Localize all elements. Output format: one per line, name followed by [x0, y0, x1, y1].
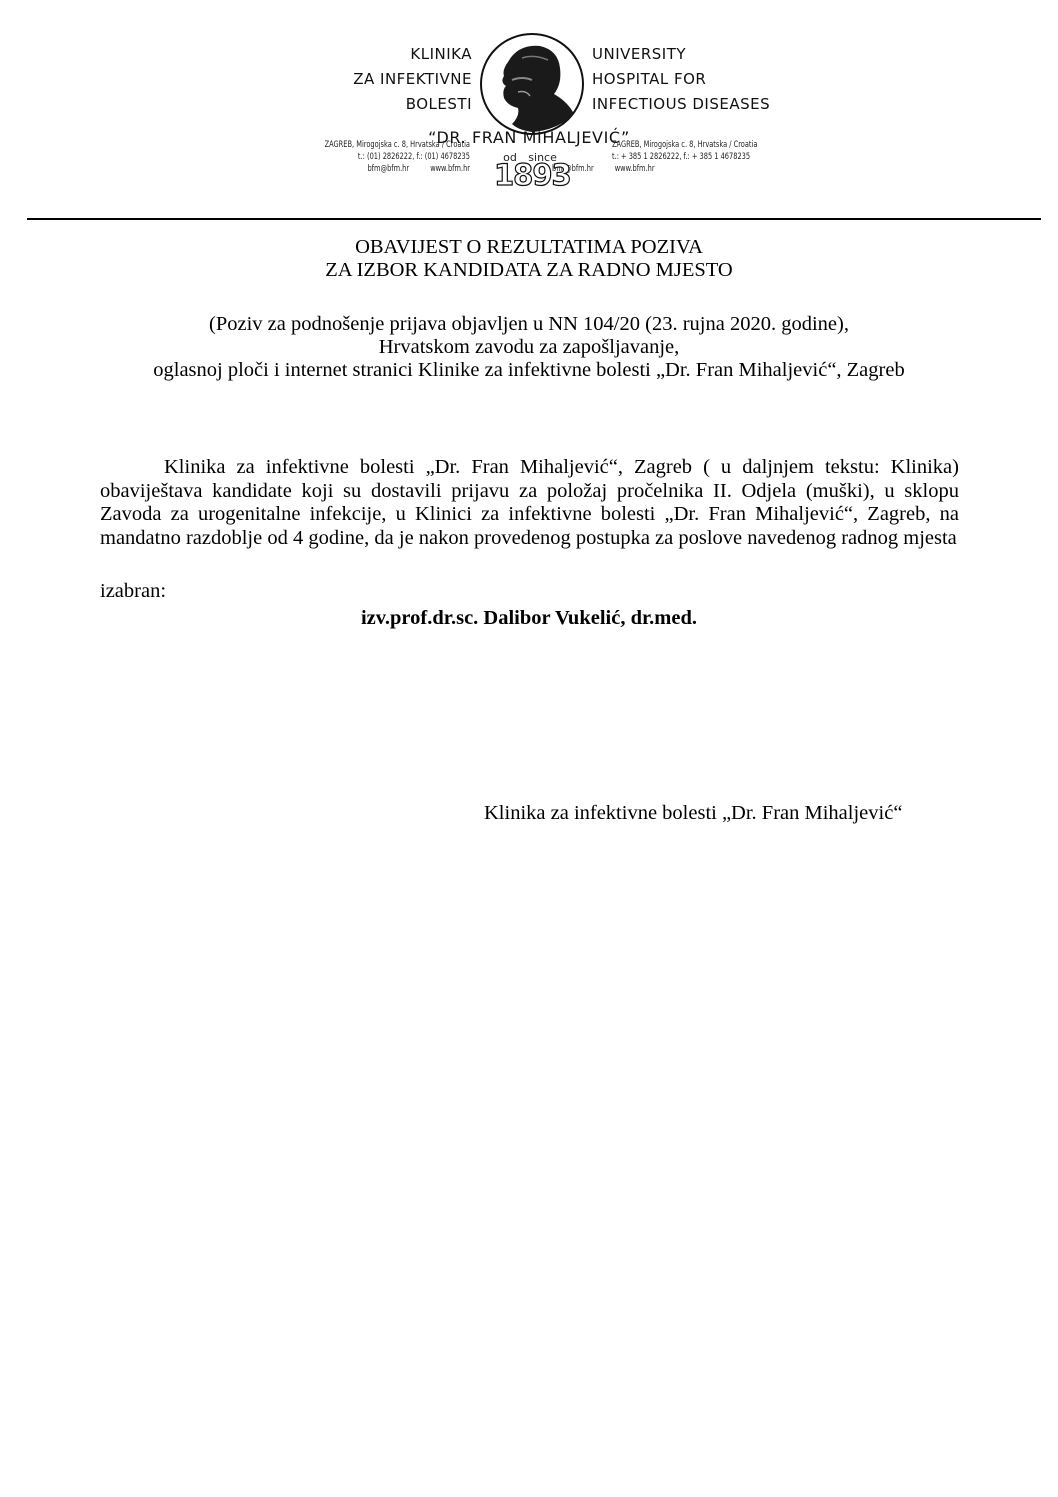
letterhead-croatian-name: KLINIKA ZA INFEKTIVNE BOLESTI [300, 42, 472, 117]
web-left: www.bfm.hr [430, 164, 470, 174]
document-subtitle: (Poziv za podnošenje prijava objavljen u… [0, 313, 1058, 382]
signature-block: Klinika za infektivne bolesti „Dr. Fran … [484, 802, 902, 825]
subtitle-line: (Poziv za podnošenje prijava objavljen u… [0, 313, 1058, 336]
body-paragraph: Klinika za infektivne bolesti „Dr. Fran … [100, 456, 959, 550]
email-left: bfm@bfm.hr [367, 164, 409, 174]
letterhead-left-line: ZA INFEKTIVNE [300, 67, 472, 92]
body-paragraph-text: Klinika za infektivne bolesti „Dr. Fran … [100, 456, 959, 550]
chosen-label: izabran: [100, 580, 166, 603]
phone-right: t.: + 385 1 2826222, f.: + 385 1 4678235 [612, 151, 815, 163]
header-divider [27, 218, 1041, 220]
title-line: ZA IZBOR KANDIDATA ZA RADNO MJESTO [0, 259, 1058, 282]
document-title: OBAVIJEST O REZULTATIMA POZIVA ZA IZBOR … [0, 236, 1058, 282]
subtitle-line: Hrvatskom zavodu za zapošljavanje, [0, 336, 1058, 359]
subtitle-line: oglasnoj ploči i internet stranici Klini… [0, 359, 1058, 382]
contacts-left: bfm@bfm.hr www.bfm.hr [302, 163, 470, 175]
letterhead-english-name: UNIVERSITY HOSPITAL FOR INFECTIOUS DISEA… [592, 42, 812, 117]
letterhead-left-line: KLINIKA [300, 42, 472, 67]
letterhead-right-line: HOSPITAL FOR [592, 67, 812, 92]
contacts-right: bfm@bfm.hr www.bfm.hr [552, 163, 724, 175]
address-block-right: ZAGREB, Mirogojska c. 8, Hrvatska / Croa… [612, 139, 815, 163]
chosen-candidate-name: izv.prof.dr.sc. Dalibor Vukelić, dr.med. [0, 607, 1058, 630]
address-right: ZAGREB, Mirogojska c. 8, Hrvatska / Croa… [612, 139, 815, 151]
phone-left: t.: (01) 2826222, f.: (01) 4678235 [275, 151, 470, 163]
address-left: ZAGREB, Mirogojska c. 8, Hrvatska / Croa… [275, 139, 470, 151]
letterhead-right-line: INFECTIOUS DISEASES [592, 92, 812, 117]
portrait-medallion-icon [478, 32, 586, 136]
web-right: www.bfm.hr [615, 164, 655, 174]
title-line: OBAVIJEST O REZULTATIMA POZIVA [0, 236, 1058, 259]
letterhead-right-line: UNIVERSITY [592, 42, 812, 67]
letterhead-left-line: BOLESTI [300, 92, 472, 117]
founding-year: 1893 [494, 160, 566, 190]
address-block-left: ZAGREB, Mirogojska c. 8, Hrvatska / Croa… [275, 139, 470, 163]
